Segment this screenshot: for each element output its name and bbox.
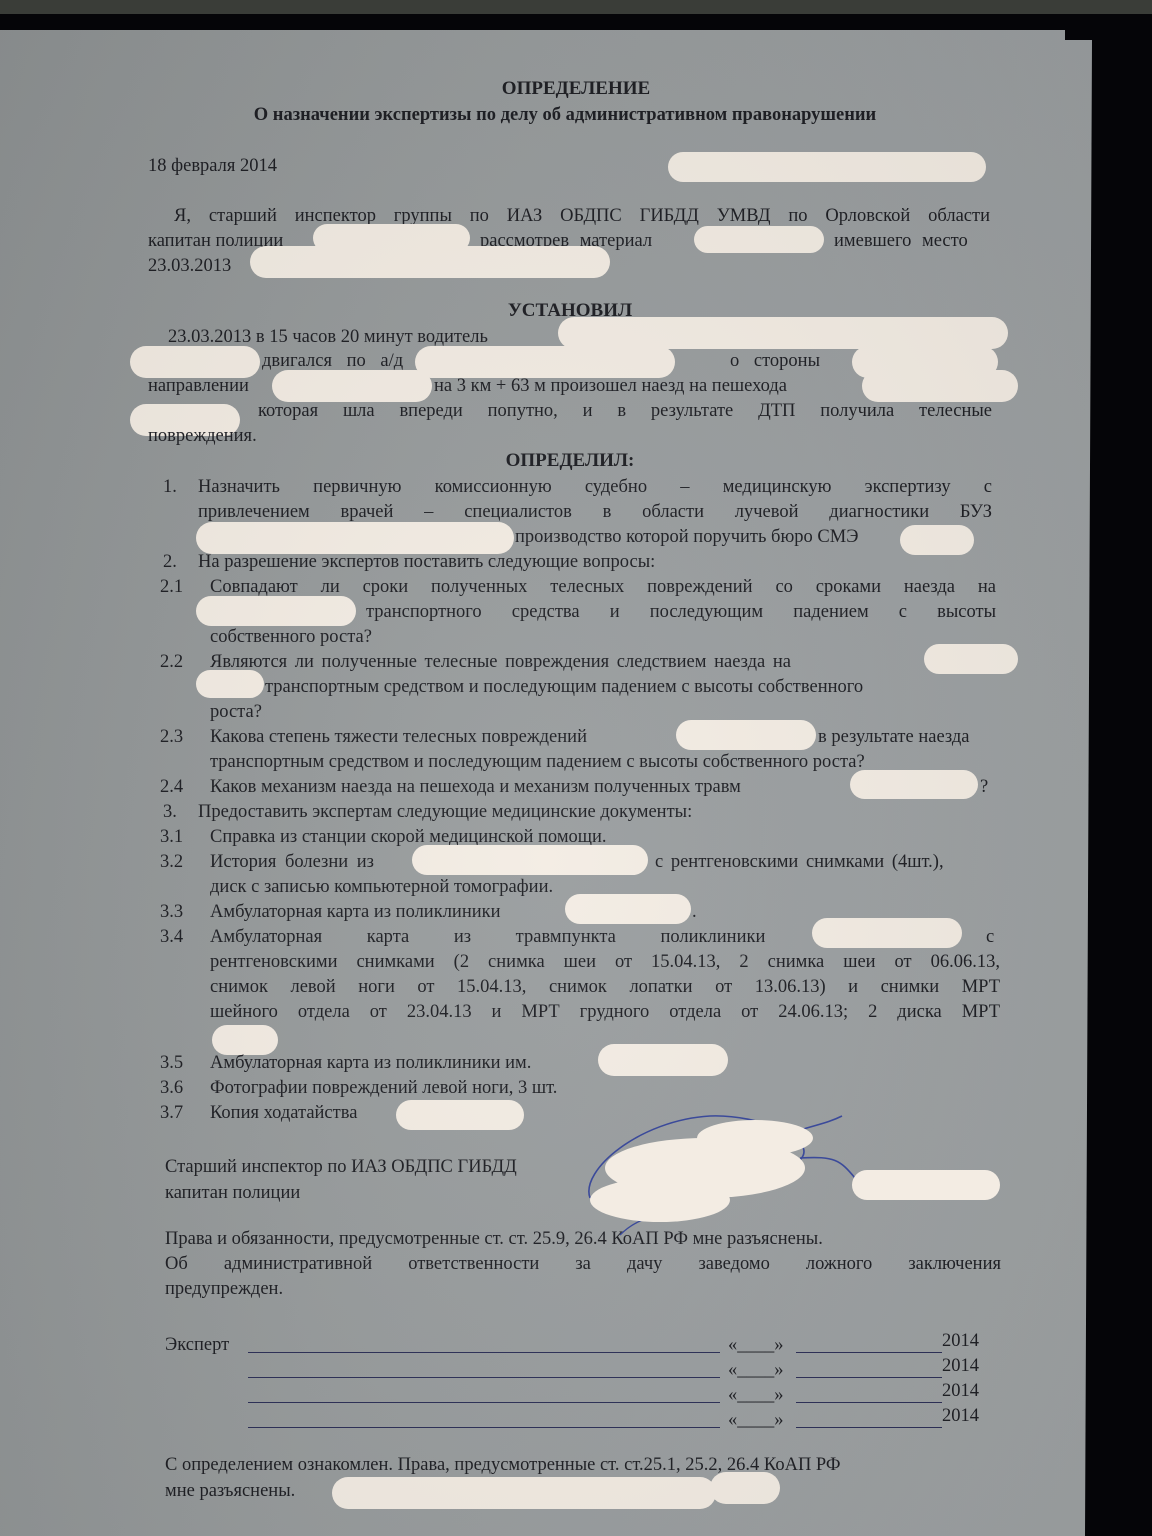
intro-line-2c: имевшего место — [834, 230, 968, 252]
item-number: 3.4 — [160, 926, 183, 948]
item-number: 3.1 — [160, 826, 183, 848]
item-text: На разрешение экспертов поставить следую… — [198, 551, 655, 573]
item-text: Амбулаторная карта из поликлиники им. — [210, 1052, 531, 1074]
expert-date-year: 2014 — [942, 1405, 979, 1427]
background-surface — [0, 0, 1152, 14]
item-text: Амбулаторная карта из травмпункта поликл… — [210, 926, 765, 948]
item-text: диск с записью компьютерной томографии. — [210, 876, 553, 898]
item-text: привлечением врачей – специалистов в обл… — [198, 501, 992, 523]
item-text: . — [692, 901, 697, 923]
redaction — [900, 525, 974, 555]
redaction — [558, 317, 1008, 349]
expert-date-month-line — [796, 1402, 942, 1403]
document-subtitle: О назначении экспертизы по делу об админ… — [0, 104, 1130, 126]
item-text: Фотографии повреждений левой ноги, 3 шт. — [210, 1077, 557, 1099]
signature-line-2: капитан полиции — [165, 1182, 300, 1204]
redaction — [924, 644, 1018, 674]
expert-date-month-line — [796, 1377, 942, 1378]
expert-date-year: 2014 — [942, 1355, 979, 1377]
item-text: рентгеновскими снимками (2 снимка шеи от… — [210, 951, 1000, 973]
established-line-2b: о стороны — [730, 350, 820, 372]
item-text: Справка из станции скорой медицинской по… — [210, 826, 607, 848]
acknowledgement-line-1: С определением ознакомлен. Права, предус… — [165, 1454, 841, 1476]
expert-date-month-line — [796, 1352, 942, 1353]
acknowledgement-line-2: мне разъяснены. — [165, 1480, 295, 1502]
item-text: Какова степень тяжести телесных поврежде… — [210, 726, 587, 748]
redaction — [313, 224, 470, 252]
expert-date-day: «____» — [728, 1334, 784, 1356]
item-number: 2.4 — [160, 776, 183, 798]
signature-scribble — [560, 1100, 1020, 1240]
redaction — [852, 346, 998, 378]
item-number: 3.6 — [160, 1077, 183, 1099]
redaction — [250, 246, 610, 278]
item-text: с рентгеновскими снимками (4шт.), — [655, 851, 944, 873]
item-text: шейного отдела от 23.04.13 и МРТ грудног… — [210, 1001, 1000, 1023]
redaction — [668, 152, 986, 182]
established-line-3a: направлении — [148, 375, 249, 397]
item-number: 3.2 — [160, 851, 183, 873]
item-number: 2. — [163, 551, 177, 573]
established-line-5: повреждения. — [148, 425, 257, 447]
document-title: ОПРЕДЕЛЕНИЕ — [0, 78, 1152, 100]
item-text: История болезни из — [210, 851, 374, 873]
item-text: ? — [980, 776, 988, 798]
expert-signature-line — [248, 1352, 720, 1353]
redaction — [396, 1100, 524, 1130]
established-line-4: которая шла впереди попутно, и в результ… — [258, 400, 992, 422]
expert-date-day: «____» — [728, 1359, 784, 1381]
item-number: 3.7 — [160, 1102, 183, 1124]
redaction — [272, 370, 432, 402]
item-number: 3.3 — [160, 901, 183, 923]
item-number: 2.3 — [160, 726, 183, 748]
redaction — [196, 670, 264, 698]
redaction — [676, 720, 816, 750]
item-number: 1. — [163, 476, 177, 498]
intro-line-1: Я, старший инспектор группы по ИАЗ ОБДПС… — [148, 205, 990, 227]
item-number: 2.2 — [160, 651, 183, 673]
item-text: роста? — [210, 701, 262, 723]
item-number: 3. — [163, 801, 177, 823]
redaction — [130, 404, 240, 436]
item-text: Назначить первичную комиссионную судебно… — [198, 476, 992, 498]
expert-date-day: «____» — [728, 1384, 784, 1406]
established-line-3b: на 3 км + 63 м произошел наезд на пешехо… — [434, 375, 787, 397]
item-text: снимок левой ноги от 15.04.13, снимок ло… — [210, 976, 1000, 998]
redaction — [850, 770, 978, 799]
redaction — [196, 522, 514, 554]
item-text: собственного роста? — [210, 626, 372, 648]
item-text: Каков механизм наезда на пешехода и меха… — [210, 776, 741, 798]
item-number: 3.5 — [160, 1052, 183, 1074]
item-text: производство которой поручить бюро СМЭ — [515, 526, 858, 548]
item-text: в результате наезда — [818, 726, 969, 748]
redaction — [694, 226, 824, 253]
established-heading: УСТАНОВИЛ — [0, 300, 1140, 322]
item-text: Совпадают ли сроки полученных телесных п… — [210, 576, 996, 598]
expert-date-day: «____» — [728, 1409, 784, 1431]
decided-heading: ОПРЕДЕЛИЛ: — [0, 450, 1140, 472]
intro-line-2a: капитан полиции — [148, 230, 283, 252]
intro-line-3: 23.03.2013 — [148, 255, 231, 277]
redaction — [212, 1025, 278, 1055]
signature-line-1: Старший инспектор по ИАЗ ОБДПС ГИБДД — [165, 1156, 517, 1178]
item-text: Амбулаторная карта из поликлиники — [210, 901, 501, 923]
item-text: транспортным средством и последующим пад… — [210, 751, 865, 773]
expert-signature-line — [248, 1377, 720, 1378]
redaction — [565, 894, 691, 924]
redaction — [710, 1472, 780, 1504]
redaction — [415, 346, 675, 378]
redaction — [862, 370, 1018, 402]
intro-line-2b: рассмотрев материал — [480, 230, 652, 252]
established-line-2a: двигался по а/д — [262, 350, 403, 372]
rights-line-2: Об административной ответственности за д… — [165, 1253, 1001, 1275]
item-text: транспортным средством и последующим пад… — [265, 676, 863, 698]
redaction — [598, 1044, 728, 1076]
established-line-1: 23.03.2013 в 15 часов 20 минут водитель — [168, 326, 488, 348]
rights-line-3: предупрежден. — [165, 1278, 283, 1300]
item-text: Копия ходатайства — [210, 1102, 357, 1124]
document-date: 18 февраля 2014 — [148, 155, 277, 177]
item-text: с — [986, 926, 994, 948]
item-text: Предоставить экспертам следующие медицин… — [198, 801, 692, 823]
document-page: ОПРЕДЕЛЕНИЕ О назначении экспертизы по д… — [0, 30, 1092, 1536]
item-text: Являются ли полученные телесные поврежде… — [210, 651, 791, 673]
redaction — [412, 845, 648, 875]
expert-date-year: 2014 — [942, 1330, 979, 1352]
item-number: 2.1 — [160, 576, 183, 598]
expert-signature-line — [248, 1402, 720, 1403]
expert-signature-line — [248, 1427, 720, 1428]
redaction — [812, 918, 962, 948]
item-text: транспортного средства и последующим пад… — [366, 601, 996, 623]
expert-label: Эксперт — [165, 1334, 229, 1356]
expert-date-month-line — [796, 1427, 942, 1428]
redaction — [196, 596, 356, 626]
expert-date-year: 2014 — [942, 1380, 979, 1402]
redaction — [332, 1477, 716, 1509]
redaction — [130, 346, 260, 378]
